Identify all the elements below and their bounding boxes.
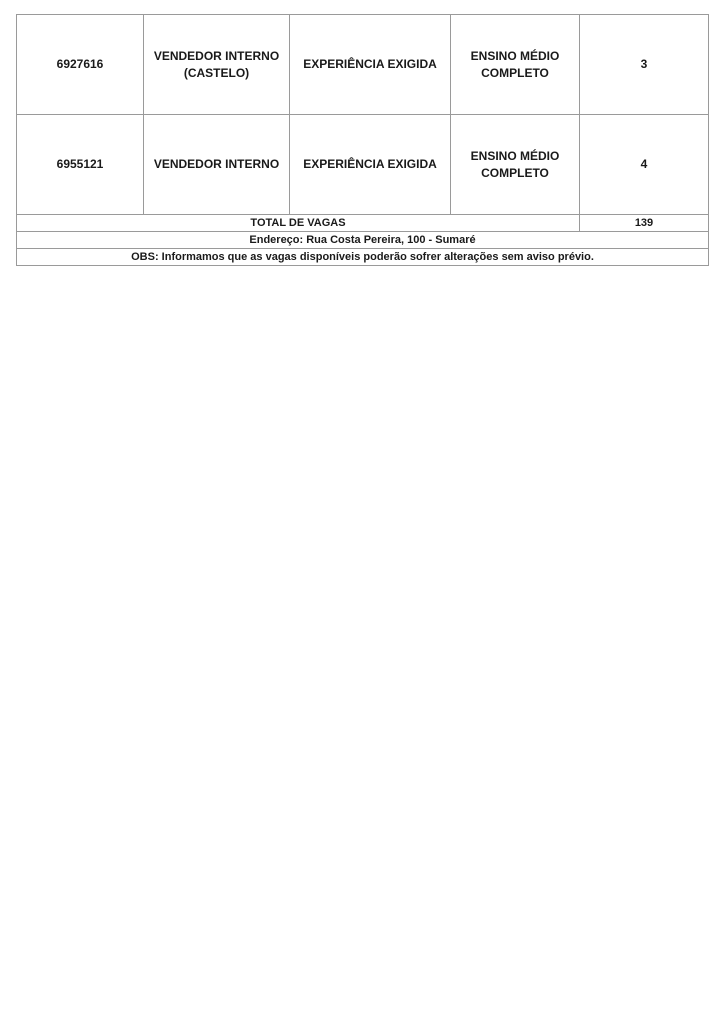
job-openings-table: 6927616 VENDEDOR INTERNO (CASTELO) EXPER… <box>16 14 709 266</box>
address-row: Endereço: Rua Costa Pereira, 100 - Sumar… <box>17 232 709 249</box>
education-cell: ENSINO MÉDIO COMPLETO <box>451 15 580 115</box>
education-line2: COMPLETO <box>481 166 549 180</box>
openings-count: 3 <box>641 57 648 71</box>
openings-count: 4 <box>641 157 648 171</box>
job-title-line2: (CASTELO) <box>184 66 249 80</box>
education-cell: ENSINO MÉDIO COMPLETO <box>451 115 580 215</box>
experience-requirement: EXPERIÊNCIA EXIGIDA <box>303 57 437 71</box>
job-code: 6955121 <box>57 157 104 171</box>
job-code: 6927616 <box>57 57 104 71</box>
total-value: 139 <box>580 215 709 232</box>
education-line2: COMPLETO <box>481 66 549 80</box>
job-title-cell: VENDEDOR INTERNO (CASTELO) <box>144 15 290 115</box>
table-row: 6955121 VENDEDOR INTERNO EXPERIÊNCIA EXI… <box>17 115 709 215</box>
education-line1: ENSINO MÉDIO <box>471 49 560 63</box>
job-title-line1: VENDEDOR INTERNO <box>154 157 279 171</box>
openings-cell: 3 <box>580 15 709 115</box>
table-row: 6927616 VENDEDOR INTERNO (CASTELO) EXPER… <box>17 15 709 115</box>
experience-requirement: EXPERIÊNCIA EXIGIDA <box>303 157 437 171</box>
note-text: OBS: Informamos que as vagas disponíveis… <box>17 249 709 266</box>
experience-cell: EXPERIÊNCIA EXIGIDA <box>290 115 451 215</box>
job-code-cell: 6927616 <box>17 15 144 115</box>
job-title-line1: VENDEDOR INTERNO <box>154 49 279 63</box>
job-title-cell: VENDEDOR INTERNO <box>144 115 290 215</box>
job-code-cell: 6955121 <box>17 115 144 215</box>
note-row: OBS: Informamos que as vagas disponíveis… <box>17 249 709 266</box>
education-line1: ENSINO MÉDIO <box>471 149 560 163</box>
address-text: Endereço: Rua Costa Pereira, 100 - Sumar… <box>17 232 709 249</box>
total-row: TOTAL DE VAGAS 139 <box>17 215 709 232</box>
openings-cell: 4 <box>580 115 709 215</box>
total-label: TOTAL DE VAGAS <box>17 215 580 232</box>
experience-cell: EXPERIÊNCIA EXIGIDA <box>290 15 451 115</box>
